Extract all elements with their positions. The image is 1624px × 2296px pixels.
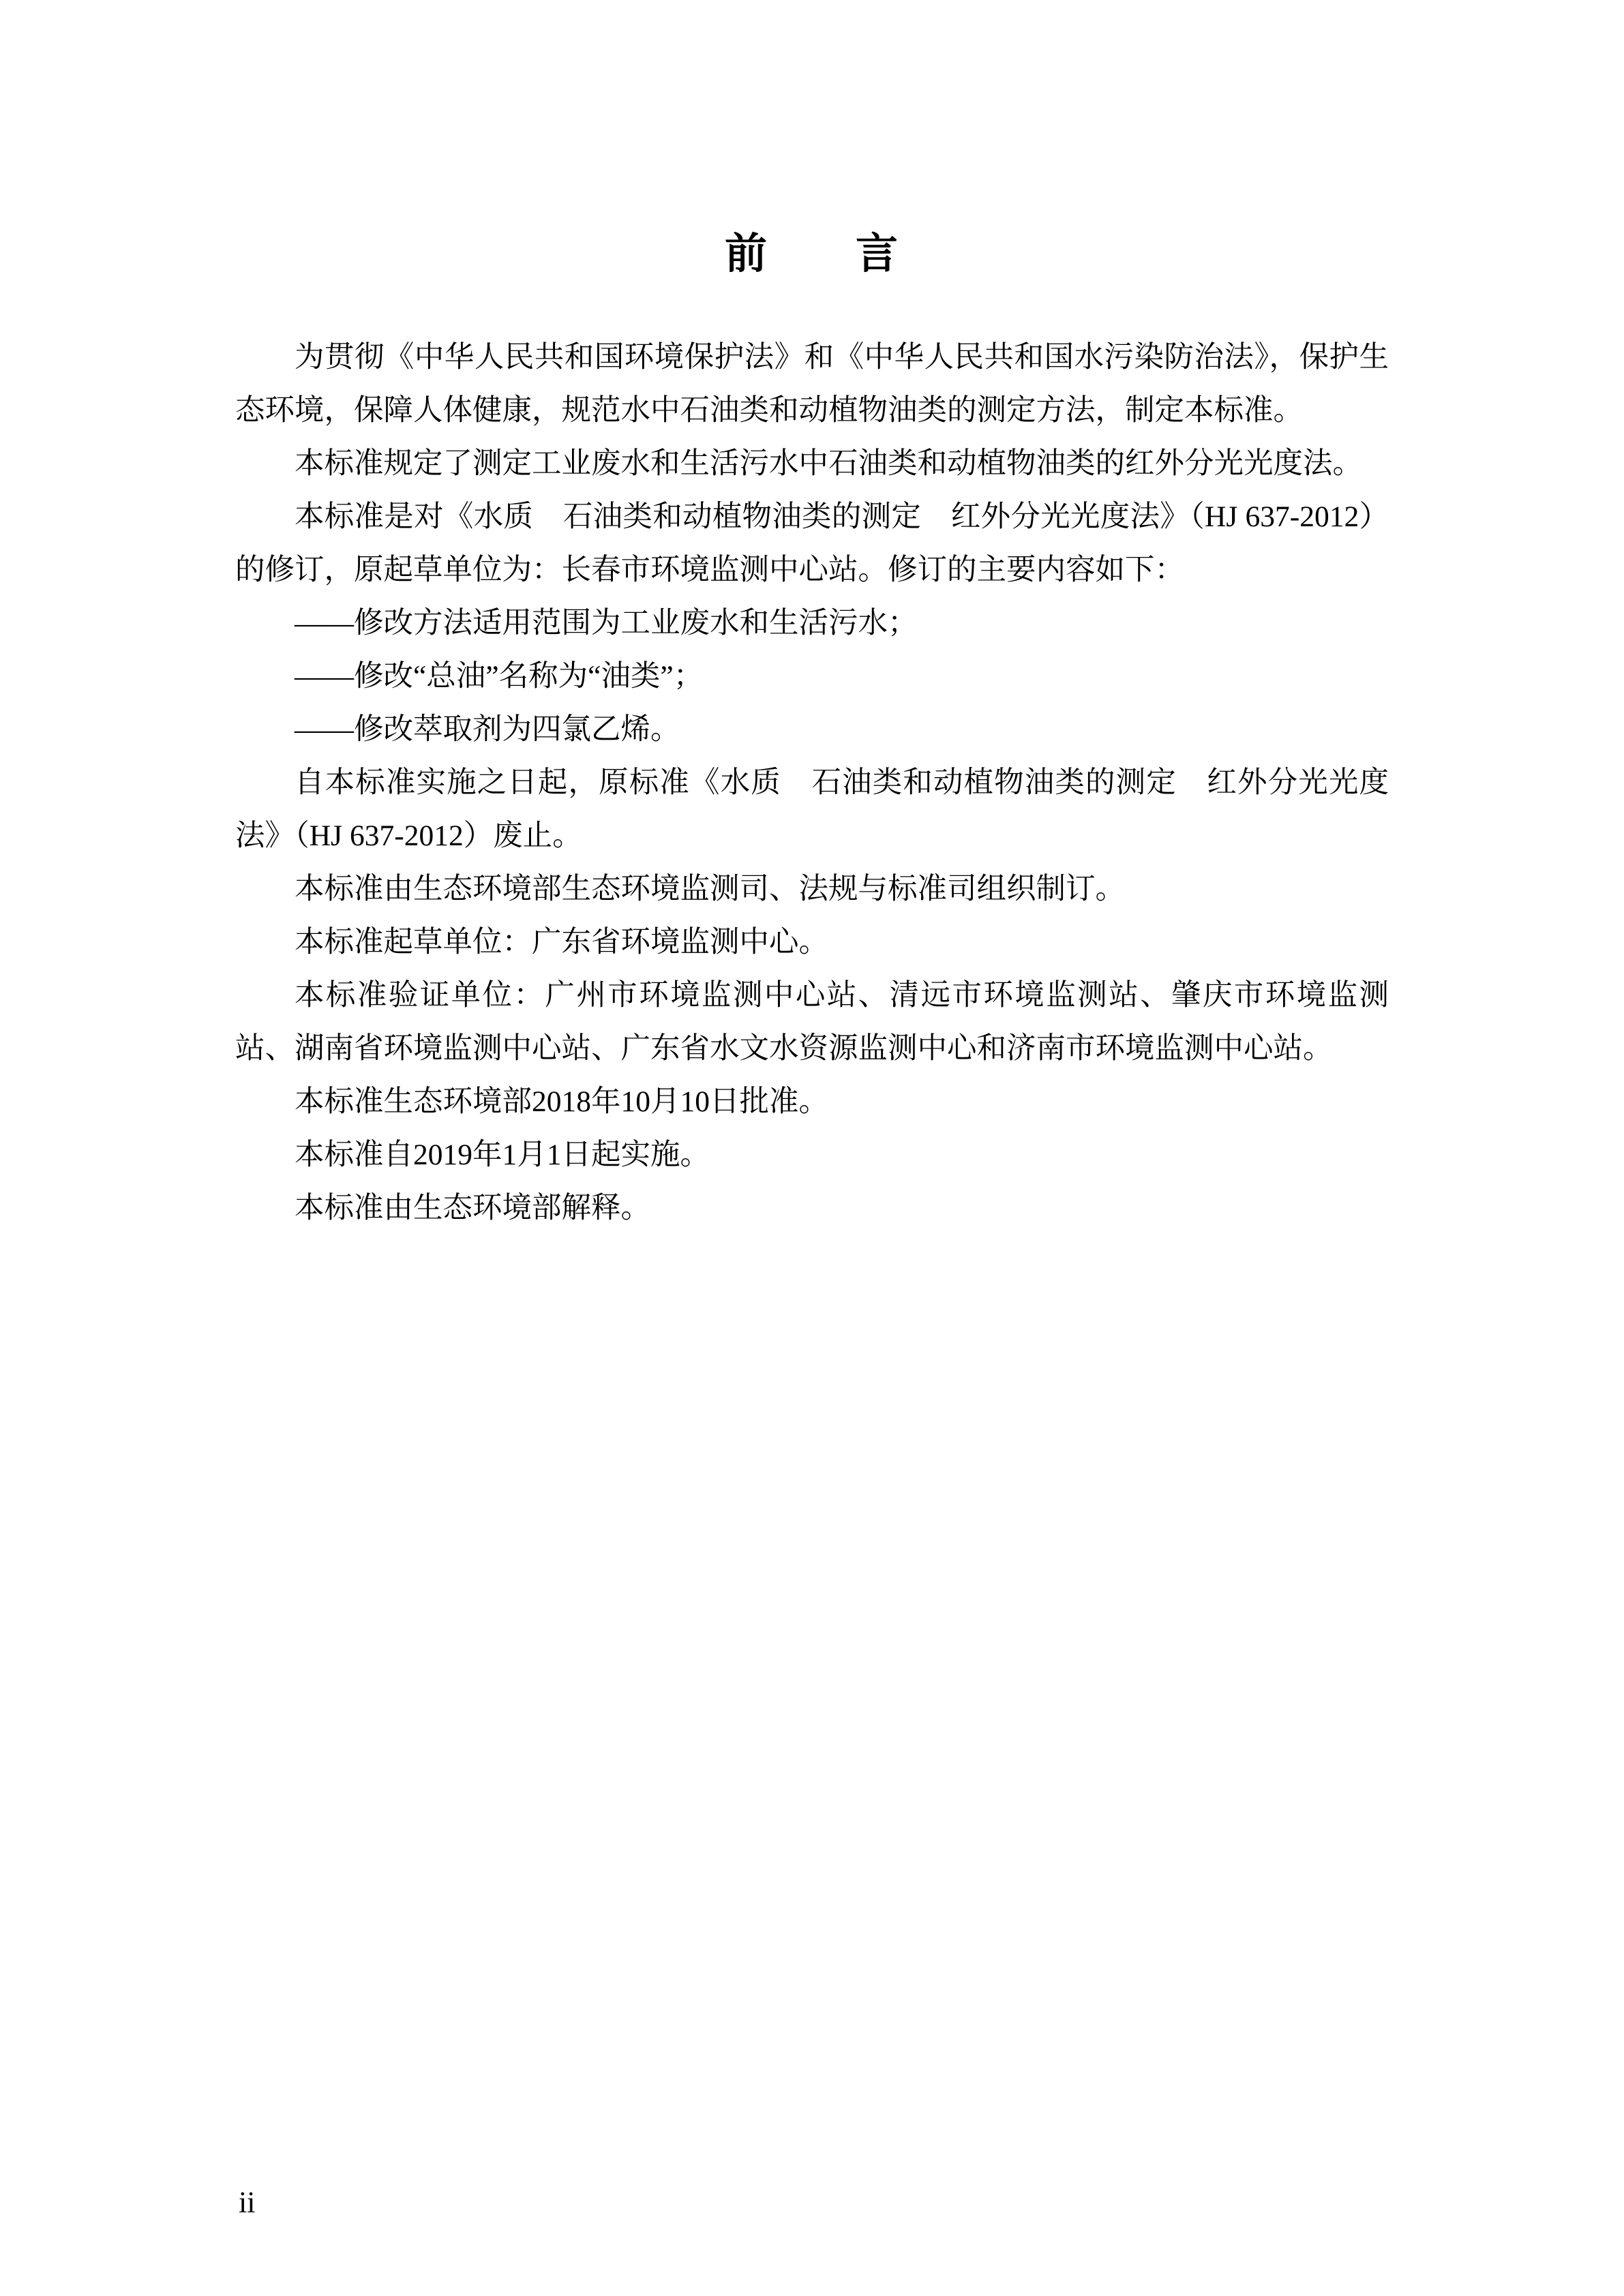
paragraph-10: 本标准验证单位：广州市环境监测中心站、清远市环境监测站、肇庆市环境监测站、湖南省…	[235, 969, 1389, 1075]
page-content: 前 言 为贯彻《中华人民共和国环境保护法》和《中华人民共和国水污染防治法》，保护…	[235, 0, 1389, 1235]
paragraph-3: 本标准是对《水质 石油类和动植物油类的测定 红外分光光度法》（HJ 637-20…	[235, 490, 1389, 596]
paragraph-8: 本标准由生态环境部生态环境监测司、法规与标准司组织制订。	[235, 862, 1389, 916]
preface-body: 为贯彻《中华人民共和国环境保护法》和《中华人民共和国水污染防治法》，保护生态环境…	[235, 331, 1389, 1235]
document-page: 前 言 为贯彻《中华人民共和国环境保护法》和《中华人民共和国水污染防治法》，保护…	[0, 0, 1624, 2296]
paragraph-4: ——修改方法适用范围为工业废水和生活污水；	[235, 596, 1389, 650]
paragraph-7: 自本标准实施之日起，原标准《水质 石油类和动植物油类的测定 红外分光光度法》（H…	[235, 756, 1389, 862]
paragraph-11: 本标准生态环境部2018年10月10日批准。	[235, 1075, 1389, 1128]
paragraph-6: ——修改萃取剂为四氯乙烯。	[235, 703, 1389, 756]
paragraph-12: 本标准自2019年1月1日起实施。	[235, 1128, 1389, 1181]
page-title: 前 言	[235, 226, 1389, 281]
paragraph-13: 本标准由生态环境部解释。	[235, 1181, 1389, 1235]
paragraph-5: ——修改“总油”名称为“油类”；	[235, 650, 1389, 703]
paragraph-9: 本标准起草单位：广东省环境监测中心。	[235, 916, 1389, 969]
paragraph-1: 为贯彻《中华人民共和国环境保护法》和《中华人民共和国水污染防治法》，保护生态环境…	[235, 331, 1389, 437]
paragraph-2: 本标准规定了测定工业废水和生活污水中石油类和动植物油类的红外分光光度法。	[235, 437, 1389, 490]
page-number: ii	[239, 2186, 255, 2220]
